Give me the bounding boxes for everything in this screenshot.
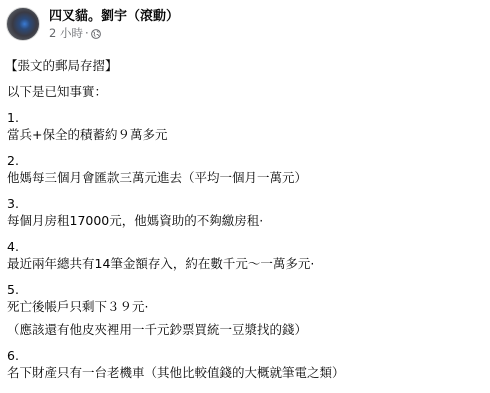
fact-item-5: 5. 死亡後帳戶只剩下３９元· （應該還有他皮夾裡用一千元鈔票買統一豆漿找的錢） xyxy=(7,281,483,338)
post-meta: 四叉貓。劉宇（滾動） 2 小時 · xyxy=(49,8,179,41)
fact-note: （應該還有他皮夾裡用一千元鈔票買統一豆漿找的錢） xyxy=(7,321,483,338)
fact-number: 2. xyxy=(7,152,483,169)
fact-item-2: 2. 他媽每三個月會匯款三萬元進去（平均一個月一萬元） xyxy=(7,152,483,186)
separator-dot: · xyxy=(85,26,89,41)
fact-text: 他媽每三個月會匯款三萬元進去（平均一個月一萬元） xyxy=(7,169,483,186)
fact-number: 1. xyxy=(7,109,483,126)
author-name[interactable]: 四叉貓。劉宇（滾動） xyxy=(49,8,179,25)
fact-item-6: 6. 名下財產只有一台老機車（其他比較值錢的大概就筆電之類） xyxy=(7,347,483,381)
fact-text: 死亡後帳戶只剩下３９元· xyxy=(7,298,483,315)
post-timestamp-row: 2 小時 · xyxy=(49,26,179,41)
post-intro: 以下是已知事實： xyxy=(7,83,483,100)
fact-item-1: 1. 當兵+保全的積蓄約９萬多元 xyxy=(7,109,483,143)
author-avatar[interactable] xyxy=(6,7,40,41)
fact-text: 最近兩年總共有14筆金額存入，約在數千元～一萬多元· xyxy=(7,255,483,272)
post-title: 【張文的郵局存摺】 xyxy=(5,57,483,74)
fact-number: 3. xyxy=(7,195,483,212)
fact-item-3: 3. 每個月房租17000元，他媽資助的不夠繳房租· xyxy=(7,195,483,229)
globe-icon[interactable] xyxy=(91,28,101,38)
fact-number: 6. xyxy=(7,347,483,364)
post-time[interactable]: 2 小時 xyxy=(49,26,83,41)
facebook-post: 四叉貓。劉宇（滾動） 2 小時 · 【張文的郵局存摺】 以下是已知事實： 1. … xyxy=(0,0,490,393)
fact-number: 5. xyxy=(7,281,483,298)
fact-item-4: 4. 最近兩年總共有14筆金額存入，約在數千元～一萬多元· xyxy=(7,238,483,272)
fact-text: 名下財產只有一台老機車（其他比較值錢的大概就筆電之類） xyxy=(7,364,483,381)
fact-text: 當兵+保全的積蓄約９萬多元 xyxy=(7,126,483,143)
fact-text: 每個月房租17000元，他媽資助的不夠繳房租· xyxy=(7,212,483,229)
post-body: 【張文的郵局存摺】 以下是已知事實： 1. 當兵+保全的積蓄約９萬多元 2. 他… xyxy=(7,57,483,381)
fact-number: 4. xyxy=(7,238,483,255)
post-header: 四叉貓。劉宇（滾動） 2 小時 · xyxy=(6,7,179,41)
